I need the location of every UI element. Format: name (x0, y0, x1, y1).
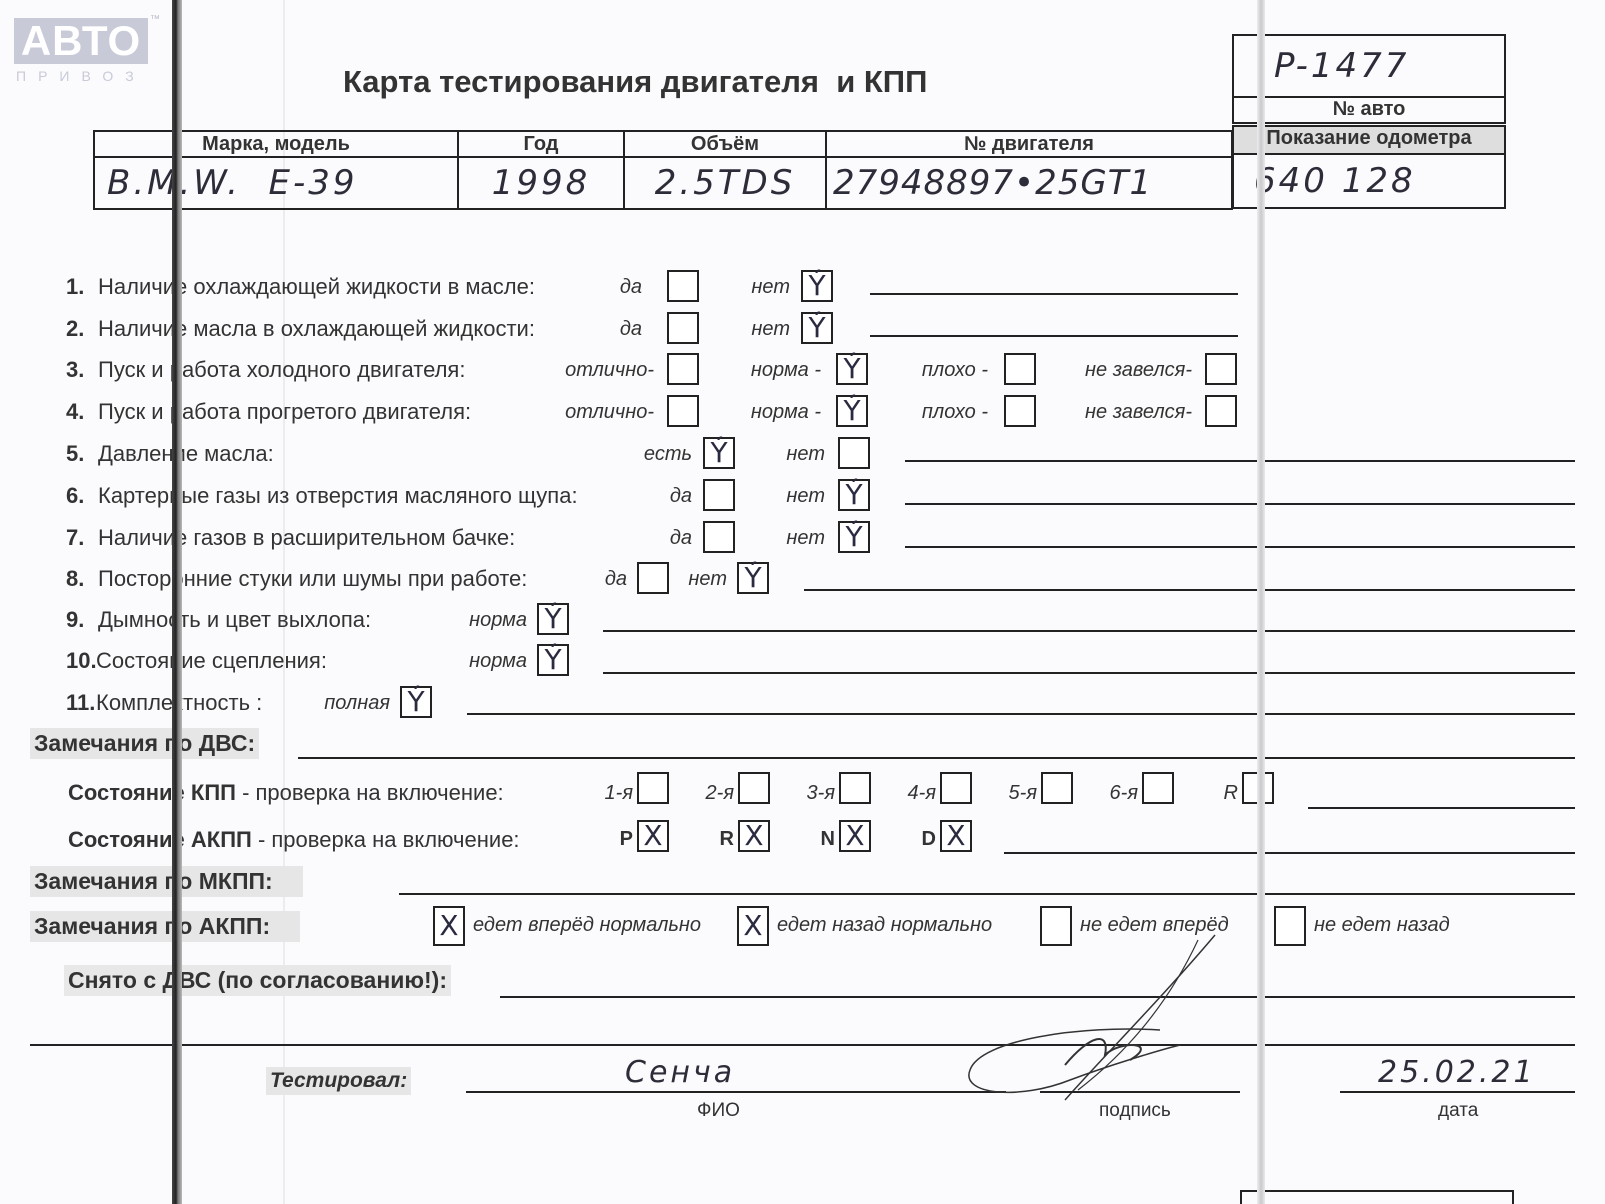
check-mark-icon: Ý (407, 688, 424, 716)
option-label: да (670, 527, 692, 550)
question-number: 4. (66, 399, 84, 425)
scan-fold-dark (172, 0, 182, 1204)
remarks-manual-label: Замечания по МКПП: (30, 866, 303, 897)
comment-line[interactable] (905, 460, 1575, 462)
position-checkbox[interactable]: X (637, 820, 669, 852)
cross-mark-icon: X (845, 822, 864, 850)
position-label: D (922, 828, 936, 851)
divider (30, 1044, 1575, 1046)
option-label: есть (644, 443, 692, 466)
gear-checkbox[interactable] (637, 772, 669, 804)
remarks-manual-line[interactable] (399, 893, 1575, 895)
position-checkbox[interactable]: X (738, 820, 770, 852)
gear-label: 6-я (1110, 782, 1138, 805)
question-number: 6. (66, 483, 84, 509)
question-text: Пуск и работа холодного двигателя: (98, 357, 465, 383)
comment-line[interactable] (905, 503, 1575, 505)
position-checkbox[interactable]: X (940, 820, 972, 852)
removed-label: Снято с ДВС (по согласованию!): (64, 965, 451, 996)
option-checkbox[interactable] (1205, 353, 1237, 385)
question-number: 5. (66, 441, 84, 467)
auto-remark-checkbox[interactable] (1040, 906, 1072, 946)
page-title: Карта тестирования двигателя и КПП (343, 64, 927, 100)
gear-checkbox[interactable] (1142, 772, 1174, 804)
option-label: нет (688, 568, 727, 591)
option-checkbox[interactable] (1004, 353, 1036, 385)
cross-mark-icon: X (643, 822, 662, 850)
check-mark-icon: Ý (808, 314, 825, 342)
gear-label: 5-я (1009, 782, 1037, 805)
option-checkbox[interactable] (703, 521, 735, 553)
comment-line[interactable] (804, 589, 1575, 591)
gear-label: 4-я (908, 782, 936, 805)
position-label: P (620, 828, 633, 851)
auto-remark-checkbox[interactable]: X (433, 906, 465, 946)
question-text: Наличие охлаждающей жидкости в масле: (98, 274, 535, 300)
tested-by-label: Тестировал: (266, 1067, 411, 1095)
logo-tm: ™ (150, 14, 160, 25)
question-text: Наличие масла в охлаждающей жидкости: (98, 316, 535, 342)
question-number: 7. (66, 525, 84, 551)
option-label: плохо - (922, 359, 988, 382)
option-checkbox[interactable] (1205, 395, 1237, 427)
auto-number-box: P-1477 № авто (1232, 34, 1506, 124)
option-label: нет (786, 527, 825, 550)
option-checkbox[interactable]: Ý (801, 270, 833, 302)
signature-caption: подпись (1099, 1100, 1171, 1122)
question-text: Давление масла: (98, 441, 274, 467)
question-text: Дымность и цвет выхлопа: (98, 607, 371, 633)
tester-name-field[interactable]: Сенча (625, 1055, 735, 1090)
bottom-box (1240, 1190, 1514, 1204)
year-field[interactable]: 1998 (458, 157, 624, 209)
cross-mark-icon: X (946, 822, 965, 850)
position-label: R (720, 828, 734, 851)
auto-remark-checkbox[interactable]: X (737, 906, 769, 946)
cross-mark-icon: X (744, 822, 763, 850)
option-label: да (670, 485, 692, 508)
question-text: Состояние сцепления: (96, 648, 327, 674)
gear-label: 2-я (706, 782, 734, 805)
option-checkbox[interactable]: Ý (838, 479, 870, 511)
option-label: плохо - (922, 401, 988, 424)
comment-line[interactable] (603, 630, 1575, 632)
option-label: полная (324, 692, 390, 715)
odometer-label: Показание одометра (1234, 127, 1504, 155)
option-checkbox[interactable] (667, 312, 699, 344)
auto-remark-label: едет назад нормально (777, 914, 992, 937)
volume-field[interactable]: 2.5TDS (624, 157, 826, 209)
engine-no-value: 27948897•25GT1 (833, 163, 1152, 203)
option-label: нет (786, 443, 825, 466)
check-mark-icon: Ý (544, 646, 561, 674)
header-make-model: Марка, модель (94, 131, 458, 157)
signature[interactable] (960, 930, 1240, 1105)
option-checkbox[interactable] (667, 270, 699, 302)
option-label: норма - (751, 401, 821, 424)
question-number: 9. (66, 607, 84, 633)
question-text: Наличие газов в расширительном бачке: (98, 525, 515, 551)
option-checkbox[interactable]: Ý (801, 312, 833, 344)
cross-mark-icon: X (743, 912, 762, 940)
logo: АВТО (14, 18, 148, 64)
tester-name-value: Сенча (625, 1055, 735, 1090)
option-checkbox[interactable]: Ý (737, 562, 769, 594)
option-checkbox[interactable] (703, 479, 735, 511)
option-label: не завелся- (1085, 401, 1192, 424)
date-field[interactable]: 25.02.21 (1378, 1055, 1536, 1090)
position-checkbox[interactable]: X (839, 820, 871, 852)
option-checkbox[interactable] (838, 437, 870, 469)
position-label: N (821, 828, 835, 851)
question-text: Посторонние стуки или шумы при работе: (98, 566, 527, 592)
comment-line[interactable] (905, 546, 1575, 548)
date-value: 25.02.21 (1378, 1055, 1536, 1090)
odometer-field[interactable]: 640 128 (1234, 155, 1504, 207)
auto-gearbox-label: Состояние АКПП - проверка на включение: (68, 827, 520, 853)
check-mark-icon: Ý (845, 523, 862, 551)
make-model-field[interactable]: B.M.W. E-39 (94, 157, 458, 209)
question-number: 11. (66, 690, 95, 716)
comment-line[interactable] (870, 293, 1238, 295)
question-number: 10. (66, 648, 97, 674)
scan-fold-light (1257, 0, 1265, 1204)
question-text: Пуск и работа прогретого двигателя: (98, 399, 471, 425)
check-mark-icon: Ý (808, 272, 825, 300)
name-caption: ФИО (697, 1100, 740, 1122)
year-value: 1998 (492, 163, 591, 203)
option-checkbox[interactable]: Ý (400, 686, 432, 718)
auto-gearbox-line[interactable] (1004, 852, 1575, 854)
option-checkbox[interactable]: Ý (838, 521, 870, 553)
check-mark-icon: Ý (544, 605, 561, 633)
check-mark-icon: Ý (744, 564, 761, 592)
header-year: Год (458, 131, 624, 157)
comment-line[interactable] (870, 335, 1238, 337)
manual-gearbox-label: Состояние КПП - проверка на включение: (68, 780, 504, 806)
option-checkbox[interactable] (667, 353, 699, 385)
gear-checkbox[interactable] (839, 772, 871, 804)
option-checkbox[interactable]: Ý (836, 353, 868, 385)
gear-checkbox[interactable] (1041, 772, 1073, 804)
header-engine-no: № двигателя (826, 131, 1232, 157)
auto-remark-label: не едет назад (1314, 914, 1450, 937)
signature-line (1040, 1091, 1240, 1093)
make-model-value: B.M.W. E-39 (107, 163, 358, 203)
header-volume: Объём (624, 131, 826, 157)
gear-label: 1-я (605, 782, 633, 805)
odometer-value: 640 128 (1254, 161, 1416, 201)
option-checkbox[interactable]: Ý (703, 437, 735, 469)
volume-value: 2.5TDS (655, 163, 796, 203)
comment-line[interactable] (467, 713, 1575, 715)
check-mark-icon: Ý (843, 397, 860, 425)
remarks-engine-label: Замечания по ДВС: (30, 728, 259, 759)
gear-label: 3-я (807, 782, 835, 805)
check-mark-icon: Ý (710, 439, 727, 467)
comment-line[interactable] (603, 672, 1575, 674)
logo-subtitle: ПРИВОЗ (16, 68, 150, 84)
option-checkbox[interactable]: Ý (537, 603, 569, 635)
name-line (466, 1091, 1006, 1093)
remarks-auto-label: Замечания по АКПП: (30, 911, 300, 942)
auto-remark-checkbox[interactable] (1274, 906, 1306, 946)
auto-remark-label: едет вперёд нормально (473, 914, 701, 937)
cross-mark-icon: X (439, 912, 458, 940)
date-caption: дата (1438, 1100, 1478, 1122)
option-label: да (620, 318, 642, 341)
check-mark-icon: Ý (845, 481, 862, 509)
option-label: да (620, 276, 642, 299)
question-number: 8. (66, 566, 84, 592)
question-number: 2. (66, 316, 84, 342)
option-checkbox[interactable] (667, 395, 699, 427)
auto-remark-label: не едет вперёд (1080, 914, 1229, 937)
option-label: да (605, 568, 627, 591)
option-checkbox[interactable]: Ý (537, 644, 569, 676)
manual-gearbox-line[interactable] (1308, 807, 1575, 809)
option-label: отлично- (565, 359, 654, 382)
option-label: норма (469, 609, 527, 632)
auto-number-value: P-1477 (1274, 46, 1409, 86)
auto-number-label: № авто (1234, 98, 1504, 122)
gear-label: R (1224, 782, 1238, 805)
option-label: нет (751, 276, 790, 299)
vehicle-table: Марка, модель Год Объём № двигателя B.M.… (93, 130, 1233, 210)
option-label: нет (751, 318, 790, 341)
option-label: норма (469, 650, 527, 673)
option-checkbox[interactable] (637, 562, 669, 594)
date-line (1340, 1091, 1575, 1093)
option-label: нет (786, 485, 825, 508)
question-number: 1. (66, 274, 84, 300)
option-checkbox[interactable]: Ý (836, 395, 868, 427)
odometer-box: Показание одометра 640 128 (1232, 125, 1506, 209)
option-label: отлично- (565, 401, 654, 424)
auto-number-field[interactable]: P-1477 (1234, 36, 1504, 98)
question-text: Картерные газы из отверстия масляного щу… (98, 483, 578, 509)
option-checkbox[interactable] (1004, 395, 1036, 427)
check-mark-icon: Ý (843, 355, 860, 383)
gear-checkbox[interactable] (940, 772, 972, 804)
option-label: норма - (751, 359, 821, 382)
gear-checkbox[interactable] (738, 772, 770, 804)
option-label: не завелся- (1085, 359, 1192, 382)
remarks-engine-line[interactable] (298, 757, 1575, 759)
question-number: 3. (66, 357, 84, 383)
engine-no-field[interactable]: 27948897•25GT1 (826, 157, 1232, 209)
